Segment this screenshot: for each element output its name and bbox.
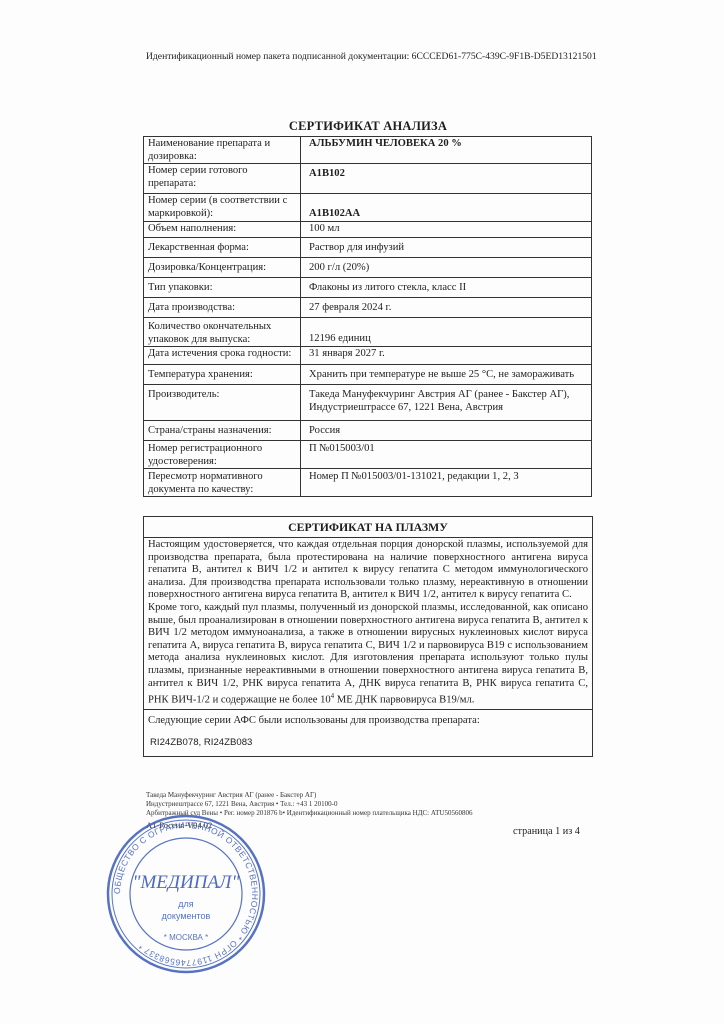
plasma-certificate-body: Настоящим удостоверяется, что каждая отд…	[144, 538, 592, 710]
row-label: Лекарственная форма:	[144, 238, 301, 258]
table-row: Тип упаковки: Флаконы из литого стекла, …	[144, 278, 592, 298]
page-number: страница 1 из 4	[513, 826, 580, 837]
stamp-name: "МЕДИПАЛ"	[132, 872, 240, 893]
api-series-value: RI24ZB078, RI24ZB083	[144, 727, 592, 756]
table-row: Объем наполнения: 100 мл	[144, 222, 592, 238]
row-label: Объем наполнения:	[144, 222, 301, 238]
package-id-line: Идентификационный номер пакета подписанн…	[146, 51, 597, 62]
api-series-label: Следующие серии АФС были использованы дл…	[144, 710, 592, 727]
stamp-sub-1: для	[178, 899, 194, 909]
footer-line-2: Индустриештрассе 67, 1221 Вена, Австрия …	[146, 800, 472, 809]
table-row: Номер серии (в соответствии с маркировко…	[144, 194, 592, 222]
row-label: Тип упаковки:	[144, 278, 301, 298]
row-value: 27 февраля 2024 г.	[301, 298, 592, 318]
row-value: 200 г/л (20%)	[301, 258, 592, 278]
row-label: Номер регистрационного удостоверения:	[144, 441, 301, 469]
row-label: Количество окончательных упаковок для вы…	[144, 318, 301, 347]
row-value: 31 января 2027 г.	[301, 347, 592, 365]
row-value: П №015003/01	[301, 441, 592, 469]
stamp-sub-2: документов	[162, 911, 211, 921]
table-row: Лекарственная форма: Раствор для инфузий	[144, 238, 592, 258]
analysis-certificate-title: СЕРТИФИКАТ АНАЛИЗА	[143, 119, 593, 134]
table-row: Производитель: Такеда Мануфекчуринг Авст…	[144, 385, 592, 421]
plasma-paragraph-1: Настоящим удостоверяется, что каждая отд…	[148, 539, 588, 602]
row-label: Номер серии готового препарата:	[144, 164, 301, 194]
plasma-paragraph-2: Кроме того, каждый пул плазмы, полученны…	[148, 602, 588, 707]
row-value: АЛЬБУМИН ЧЕЛОВЕКА 20 %	[301, 137, 592, 164]
stamp-city: * МОСКВА *	[164, 933, 208, 942]
row-label: Пересмотр нормативного документа по каче…	[144, 469, 301, 497]
analysis-certificate-table: Наименование препарата и дозировка: АЛЬБ…	[143, 136, 592, 497]
row-value: 100 мл	[301, 222, 592, 238]
row-value: A1B102	[301, 164, 592, 194]
row-label: Температура хранения:	[144, 365, 301, 385]
plasma-paragraph-2-text: Кроме того, каждый пул плазмы, полученны…	[148, 602, 588, 706]
row-label: Дата истечения срока годности:	[144, 347, 301, 365]
table-row: Пересмотр нормативного документа по каче…	[144, 469, 592, 497]
row-label: Производитель:	[144, 385, 301, 421]
row-label: Страна/страны назначения:	[144, 421, 301, 441]
table-row: Количество окончательных упаковок для вы…	[144, 318, 592, 347]
row-value: Россия	[301, 421, 592, 441]
row-label: Дата производства:	[144, 298, 301, 318]
row-label: Номер серии (в соответствии с маркировко…	[144, 194, 301, 222]
svg-text:ОБЩЕСТВО С ОГРАНИЧЕННОЙ ОТВЕТС: ОБЩЕСТВО С ОГРАНИЧЕННОЙ ОТВЕТСТВЕННОСТЬЮ…	[112, 820, 260, 968]
row-value: Раствор для инфузий	[301, 238, 592, 258]
table-row: Температура хранения: Хранить при темпер…	[144, 365, 592, 385]
row-value: 12196 единиц	[301, 318, 592, 347]
plasma-paragraph-2-end: МЕ ДНК парвовируса В19/мл.	[334, 695, 474, 706]
row-value: Такеда Мануфекчуринг Австрия АГ (ранее -…	[301, 385, 592, 421]
footer-line-1: Такеда Мануфекчуринг Австрия АГ (ранее -…	[146, 791, 472, 800]
table-row: Дата производства: 27 февраля 2024 г.	[144, 298, 592, 318]
row-label: Дозировка/Концентрация:	[144, 258, 301, 278]
row-label: Наименование препарата и дозировка:	[144, 137, 301, 164]
table-row: Наименование препарата и дозировка: АЛЬБ…	[144, 137, 592, 164]
table-row: Номер регистрационного удостоверения: П …	[144, 441, 592, 469]
table-row: Дозировка/Концентрация: 200 г/л (20%)	[144, 258, 592, 278]
plasma-certificate-title: СЕРТИФИКАТ НА ПЛАЗМУ	[144, 517, 592, 538]
company-stamp-icon: ОБЩЕСТВО С ОГРАНИЧЕННОЙ ОТВЕТСТВЕННОСТЬЮ…	[104, 812, 268, 976]
table-row: Дата истечения срока годности: 31 января…	[144, 347, 592, 365]
row-value: A1B102AA	[301, 194, 592, 222]
plasma-certificate-box: СЕРТИФИКАТ НА ПЛАЗМУ Настоящим удостовер…	[143, 516, 593, 757]
table-row: Страна/страны назначения: Россия	[144, 421, 592, 441]
row-value: Хранить при температуре не выше 25 °С, н…	[301, 365, 592, 385]
row-value: Номер П №015003/01-131021, редакции 1, 2…	[301, 469, 592, 497]
stamp-ring-text: ОБЩЕСТВО С ОГРАНИЧЕННОЙ ОТВЕТСТВЕННОСТЬЮ…	[112, 820, 260, 968]
row-value: Флаконы из литого стекла, класс II	[301, 278, 592, 298]
table-row: Номер серии готового препарата: A1B102	[144, 164, 592, 194]
